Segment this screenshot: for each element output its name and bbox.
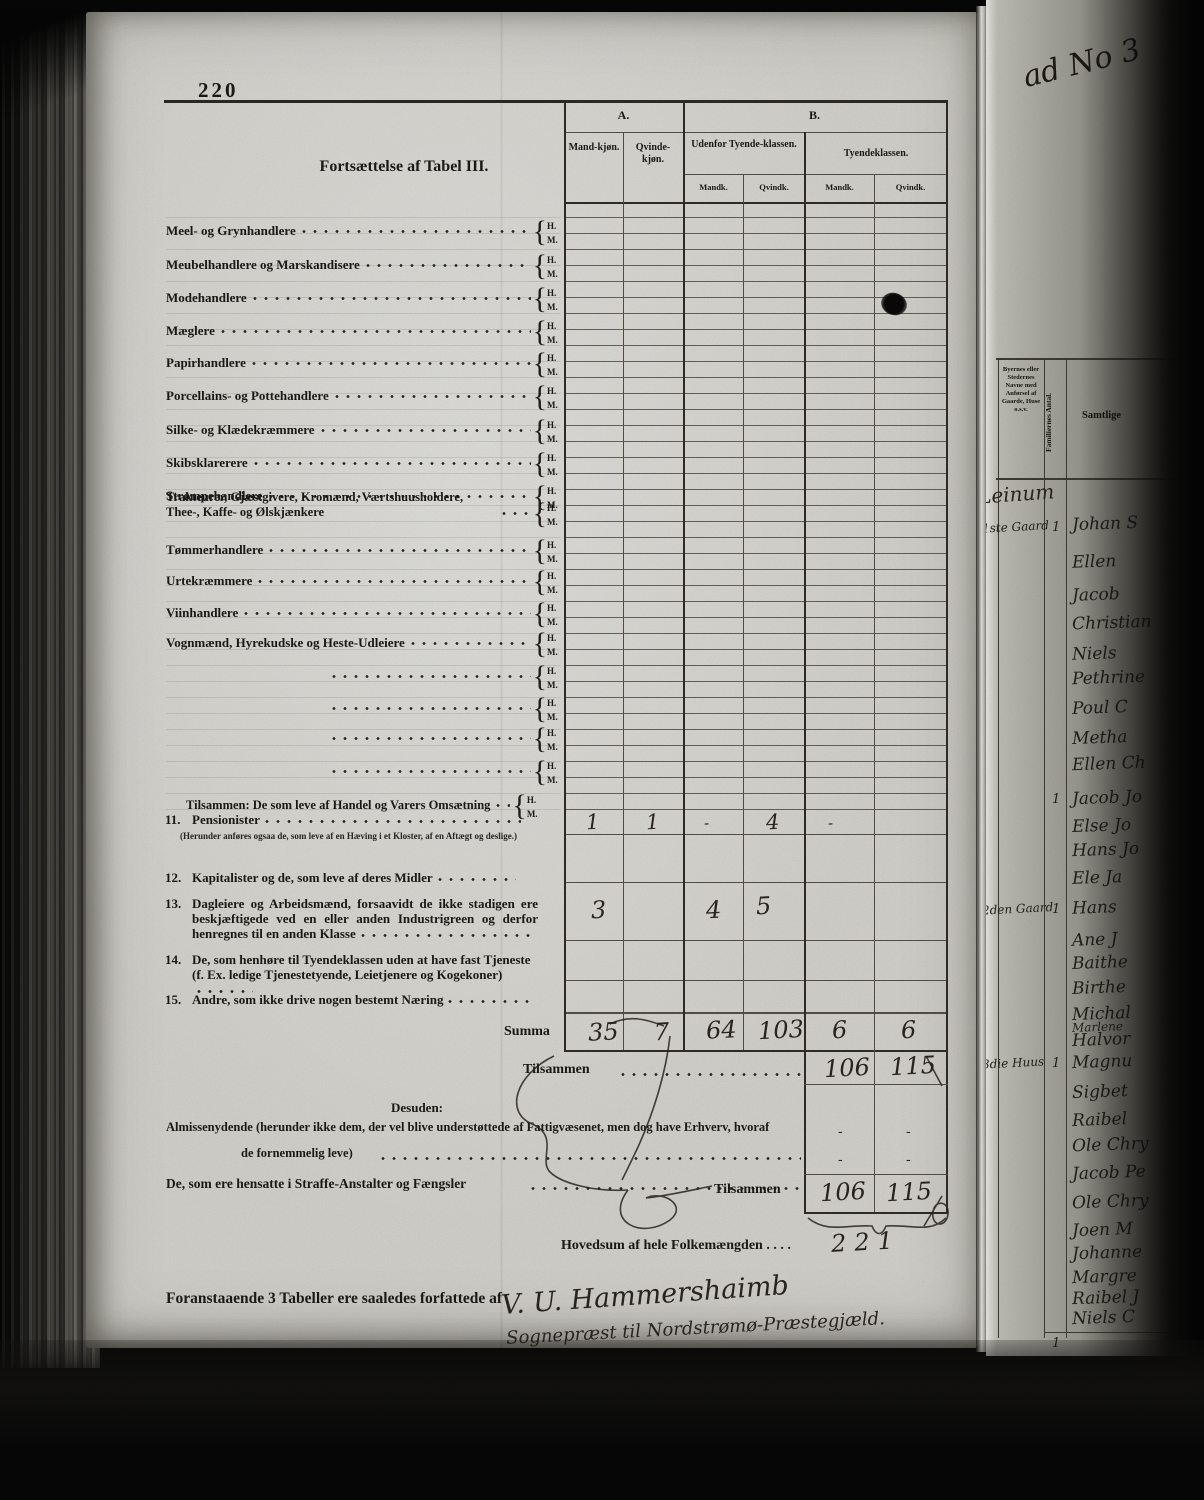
item-label: Kapitalister og de, som leve af deres Mi… xyxy=(192,870,538,885)
family-count: 1 xyxy=(1052,1056,1060,1071)
subcolumn-mandk: Mandk. xyxy=(684,182,743,192)
item-number: 15. xyxy=(165,992,181,1007)
table-line xyxy=(804,1084,948,1085)
column-mandkjon: Mand-kjøn. xyxy=(567,142,621,154)
hw-total: 115 xyxy=(885,1177,932,1207)
table-top-border xyxy=(564,100,948,102)
occupation-row: Tømmerhandlere{H.M. xyxy=(166,527,563,557)
desuden-label: Desuden: xyxy=(391,1100,443,1116)
hm-letters: H.M. xyxy=(547,501,563,529)
occupation-label: Skibsklarerere xyxy=(166,456,248,470)
dot-leader xyxy=(258,579,530,584)
hw-total: 106 xyxy=(823,1053,870,1083)
table-line xyxy=(804,132,806,1212)
book-spine xyxy=(0,8,100,1368)
scanned-census-book-photo: 220 Fortsættelse af Tabel III. A. B. Man… xyxy=(0,0,1204,1500)
item-13: 13. Dagleiere og Arbeidsmænd, forsaavidt… xyxy=(166,896,538,941)
page-number: 220 xyxy=(198,78,239,103)
column-group-b: B. xyxy=(683,108,946,123)
table-line xyxy=(683,100,685,1050)
occupation-row: Mæglere{H.M. xyxy=(166,308,563,338)
dot-leader xyxy=(244,611,530,616)
table-line xyxy=(564,132,948,133)
item-15: 15. Andre, som ikke drive nogen bestemt … xyxy=(166,992,538,1007)
hw-hovedsum: 221 xyxy=(830,1226,901,1258)
occupation-label: Meubelhandlere og Marskandisere xyxy=(166,258,360,272)
almisse-line1: Almissenydende (herunder ikke dem, der v… xyxy=(166,1120,946,1135)
hw-value: 1 xyxy=(645,810,660,835)
hw-value: - xyxy=(704,814,710,832)
table-line xyxy=(946,100,948,1212)
hw-total: 106 xyxy=(819,1177,866,1207)
person-name: Poul C xyxy=(1072,697,1128,719)
hw-summa: 64 xyxy=(705,1015,737,1045)
occupation-label: Vognmænd, Hyrekudske og Heste-Udleiere xyxy=(166,636,405,650)
hw-value: 1 xyxy=(585,810,600,835)
item-11: 11. Pensionister (Herunder anføres ogsaa… xyxy=(166,812,538,842)
person-name: Ele Ja xyxy=(1072,867,1123,889)
occupation-row: Papirhandlere{H.M. xyxy=(166,340,563,370)
blank-row: {H.M. xyxy=(326,715,563,745)
person-name: Halvor xyxy=(1072,1029,1131,1051)
hw-dash: - xyxy=(906,1152,911,1168)
footer-statement: Foranstaaende 3 Tabeller ere saaledes fo… xyxy=(166,1290,502,1308)
table-line xyxy=(874,174,875,1212)
dot-leader xyxy=(621,1072,801,1077)
column-qvindekjon: Qvinde-kjøn. xyxy=(625,142,681,166)
person-name: Ane J xyxy=(1072,929,1118,951)
dot-leader xyxy=(332,706,531,711)
occupation-label: Modehandlere xyxy=(166,291,247,305)
person-name: Ole Chry xyxy=(1072,1191,1149,1214)
occupation-label: Porcellains- og Pottehandlere xyxy=(166,389,329,403)
occupation-row: Viinhandlere{H.M. xyxy=(166,590,563,620)
dot-leader xyxy=(254,461,531,466)
dot-leader xyxy=(265,819,521,824)
hw-value: 3 xyxy=(590,896,607,925)
table-line xyxy=(743,174,744,1050)
occupation-label: Trakteurer, Gjæstgivere, Kromænd, Værtsh… xyxy=(166,490,496,520)
occupation-row: Silke- og Klædekræmmere{H.M. xyxy=(166,407,563,437)
family-count: 1 xyxy=(1052,520,1060,535)
tilsammen-label: Tilsammen: De som leve af Handel og Vare… xyxy=(186,798,490,812)
table-line xyxy=(564,980,948,981)
dot-leader xyxy=(411,641,531,646)
hw-value: 5 xyxy=(755,892,772,921)
person-name: Joen M xyxy=(1072,1219,1134,1241)
bottom-shadow xyxy=(0,1340,1204,1500)
column-group-a: A. xyxy=(564,108,683,123)
person-name: Magnu xyxy=(1072,1051,1133,1073)
rcolumn-places-header: Byernes eller Stedernes Navne med Anførs… xyxy=(1000,366,1042,414)
hovedsum-label: Hovedsum af hele Folkemængden . . . . xyxy=(561,1238,791,1254)
signature: V. U. Hammershaimb xyxy=(500,1270,789,1321)
item-number: 13. xyxy=(165,896,181,911)
occupation-row: Modehandlere{H.M. xyxy=(166,275,563,305)
item-label: Pensionister xyxy=(192,812,538,827)
item-label: De, som henhøre til Tyendeklassen uden a… xyxy=(192,952,538,997)
dwelling: 2den Gaard xyxy=(986,900,1046,917)
subcolumn-mandk: Mandk. xyxy=(805,182,874,192)
person-name: Hans xyxy=(1072,897,1117,919)
table-line xyxy=(564,940,948,941)
table-line xyxy=(564,882,948,883)
dot-leader xyxy=(332,674,531,679)
hw-value: 4 xyxy=(705,896,722,925)
dot-leader xyxy=(361,933,536,938)
item-14: 14. De, som henhøre til Tyendeklassen ud… xyxy=(166,952,538,997)
table-line xyxy=(804,1212,948,1214)
person-name: Ellen xyxy=(1072,551,1117,573)
occupation-row: Meubelhandlere og Marskandisere{H.M. xyxy=(166,242,563,272)
tilsammen2-label: Tilsammen xyxy=(714,1182,781,1198)
occupation-label: Papirhandlere xyxy=(166,356,246,370)
person-name: Raibel J xyxy=(1072,1287,1140,1309)
dot-leader xyxy=(502,511,531,516)
item-label: Andre, som ikke drive nogen bestemt Næri… xyxy=(192,992,538,1007)
dot-leader xyxy=(366,263,531,268)
hw-total: 115 xyxy=(889,1051,936,1081)
column-udenfor-tyendeklassen: Udenfor Tyende-klassen. xyxy=(687,139,801,151)
blank-row: {H.M. xyxy=(326,748,563,778)
table-line xyxy=(1044,1332,1204,1333)
page-title: Fortsættelse af Tabel III. xyxy=(254,158,554,176)
hw-dash: - xyxy=(838,1152,843,1168)
table-line xyxy=(683,174,948,175)
person-name: Niels C xyxy=(1072,1307,1136,1329)
person-name: Jacob Pe xyxy=(1072,1162,1146,1185)
dot-leader xyxy=(438,877,516,882)
hw-summa: 35 xyxy=(587,1017,619,1047)
occupation-label: Mæglere xyxy=(166,324,215,338)
item-note: (Herunder anføres ogsaa de, som leve af … xyxy=(180,830,528,842)
occupation-label: Meel- og Grynhandlere xyxy=(166,224,296,238)
tilsammen1-label: Tilsammen xyxy=(523,1062,590,1078)
hw-dash: - xyxy=(838,1124,843,1140)
person-name: Johan S xyxy=(1072,513,1139,535)
table-line xyxy=(564,100,566,1052)
hw-summa: 103 xyxy=(757,1015,804,1045)
table-line xyxy=(996,478,1204,480)
rcolumn-persons-header: Samtlige xyxy=(1082,410,1121,421)
person-name: Ole Chry xyxy=(1072,1134,1149,1157)
dot-leader xyxy=(335,394,531,399)
occupation-label: Viinhandlere xyxy=(166,606,238,620)
right-page: ad No 3 Byernes eller Stedernes Navne me… xyxy=(986,0,1204,1356)
person-name: Sigbet xyxy=(1072,1081,1128,1103)
margin-annotation: ad No 3 xyxy=(1020,32,1144,95)
person-name: Margre xyxy=(1072,1266,1137,1288)
hw-value: - xyxy=(828,814,834,832)
subcolumn-qvindk: Qvindk. xyxy=(744,182,804,192)
family-count: 1 xyxy=(1052,792,1060,807)
item-number: 14. xyxy=(165,952,181,967)
item-label: Dagleiere og Arbeidsmænd, forsaavidt de … xyxy=(192,896,538,941)
person-name: Pethrine xyxy=(1072,667,1146,690)
person-name: Johanne xyxy=(1072,1242,1143,1264)
hw-value: 4 xyxy=(765,810,780,835)
dot-leader xyxy=(321,428,531,433)
occupation-row: Porcellains- og Pottehandlere{H.M. xyxy=(166,373,563,403)
person-name: Hans Jo xyxy=(1072,839,1140,861)
dot-leader xyxy=(269,548,530,553)
table-line xyxy=(996,358,1204,360)
occupation-row: Vognmænd, Hyrekudske og Heste-Udleiere{H… xyxy=(166,620,563,650)
dot-leader xyxy=(381,1156,801,1161)
dwelling: 1ste Gaard xyxy=(986,518,1046,535)
person-name: Raibel xyxy=(1072,1109,1128,1131)
dot-leader xyxy=(221,329,531,334)
dot-leader xyxy=(332,769,531,774)
family-count: 1 xyxy=(1052,902,1060,917)
person-name: Ellen Ch xyxy=(1072,753,1146,776)
dot-leader xyxy=(253,296,531,301)
blank-row: {H.M. xyxy=(326,685,563,715)
summa-label: Summa xyxy=(504,1024,550,1040)
dot-leader xyxy=(496,803,510,808)
occupation-row: Trakteurer, Gjæstgivere, Kromænd, Værtsh… xyxy=(166,490,563,520)
almisse-line2: de fornemmelig leve) xyxy=(241,1146,353,1161)
column-tyendeklassen: Tyendeklassen. xyxy=(806,148,946,159)
table-line xyxy=(623,132,624,1050)
table-line xyxy=(564,1012,948,1014)
occupation-label: Tømmerhandlere xyxy=(166,543,263,557)
person-name: Metha xyxy=(1072,727,1128,749)
occupation-label: Urtekræmmere xyxy=(166,574,252,588)
person-name: Else Jo xyxy=(1072,815,1132,837)
dot-leader xyxy=(332,736,531,741)
tilsammen-occupations-row: Tilsammen: De som leve af Handel og Vare… xyxy=(186,782,563,812)
dwelling: 3die Huus xyxy=(986,1054,1046,1071)
person-name: Jacob xyxy=(1072,584,1120,606)
rcolumn-families-header: Familiernes Antal. xyxy=(1044,368,1064,476)
hw-summa: 6 xyxy=(831,1016,848,1045)
brace: { xyxy=(533,499,547,529)
blank-row: {H.M. xyxy=(326,653,563,683)
item-number: 12. xyxy=(165,870,181,885)
left-page: 220 Fortsættelse af Tabel III. A. B. Man… xyxy=(86,12,978,1348)
table-line xyxy=(1044,358,1045,1338)
subcolumn-qvindk: Qvindk. xyxy=(875,182,946,192)
person-name: Jacob Jo xyxy=(1072,787,1143,809)
person-name: Birthe xyxy=(1072,977,1127,999)
table-line xyxy=(804,1174,948,1175)
table-bottom-border xyxy=(564,1050,948,1052)
item-12: 12. Kapitalister og de, som leve af dere… xyxy=(166,870,538,885)
dot-leader xyxy=(448,999,536,1004)
occupation-row: Urtekræmmere{H.M. xyxy=(166,558,563,588)
occupation-row: Meel- og Grynhandlere{H.M. xyxy=(166,208,563,238)
person-name: Baithe xyxy=(1072,952,1129,974)
hw-summa: 6 xyxy=(900,1016,917,1045)
hw-summa: 7 xyxy=(653,1018,670,1047)
person-name: Niels xyxy=(1072,643,1117,665)
dot-leader xyxy=(302,229,531,234)
item-number: 11. xyxy=(165,812,181,827)
table-line xyxy=(1066,358,1067,1338)
hw-dash: - xyxy=(906,1124,911,1140)
straffe-label: De, som ere hensatte i Straffe-Anstalter… xyxy=(166,1176,466,1192)
person-name: Christian xyxy=(1072,612,1152,635)
table-line xyxy=(564,834,948,835)
occupation-label: Silke- og Klædekræmmere xyxy=(166,423,315,437)
occupation-row: Skibsklarerere{H.M. xyxy=(166,440,563,470)
dot-leader xyxy=(252,361,531,366)
